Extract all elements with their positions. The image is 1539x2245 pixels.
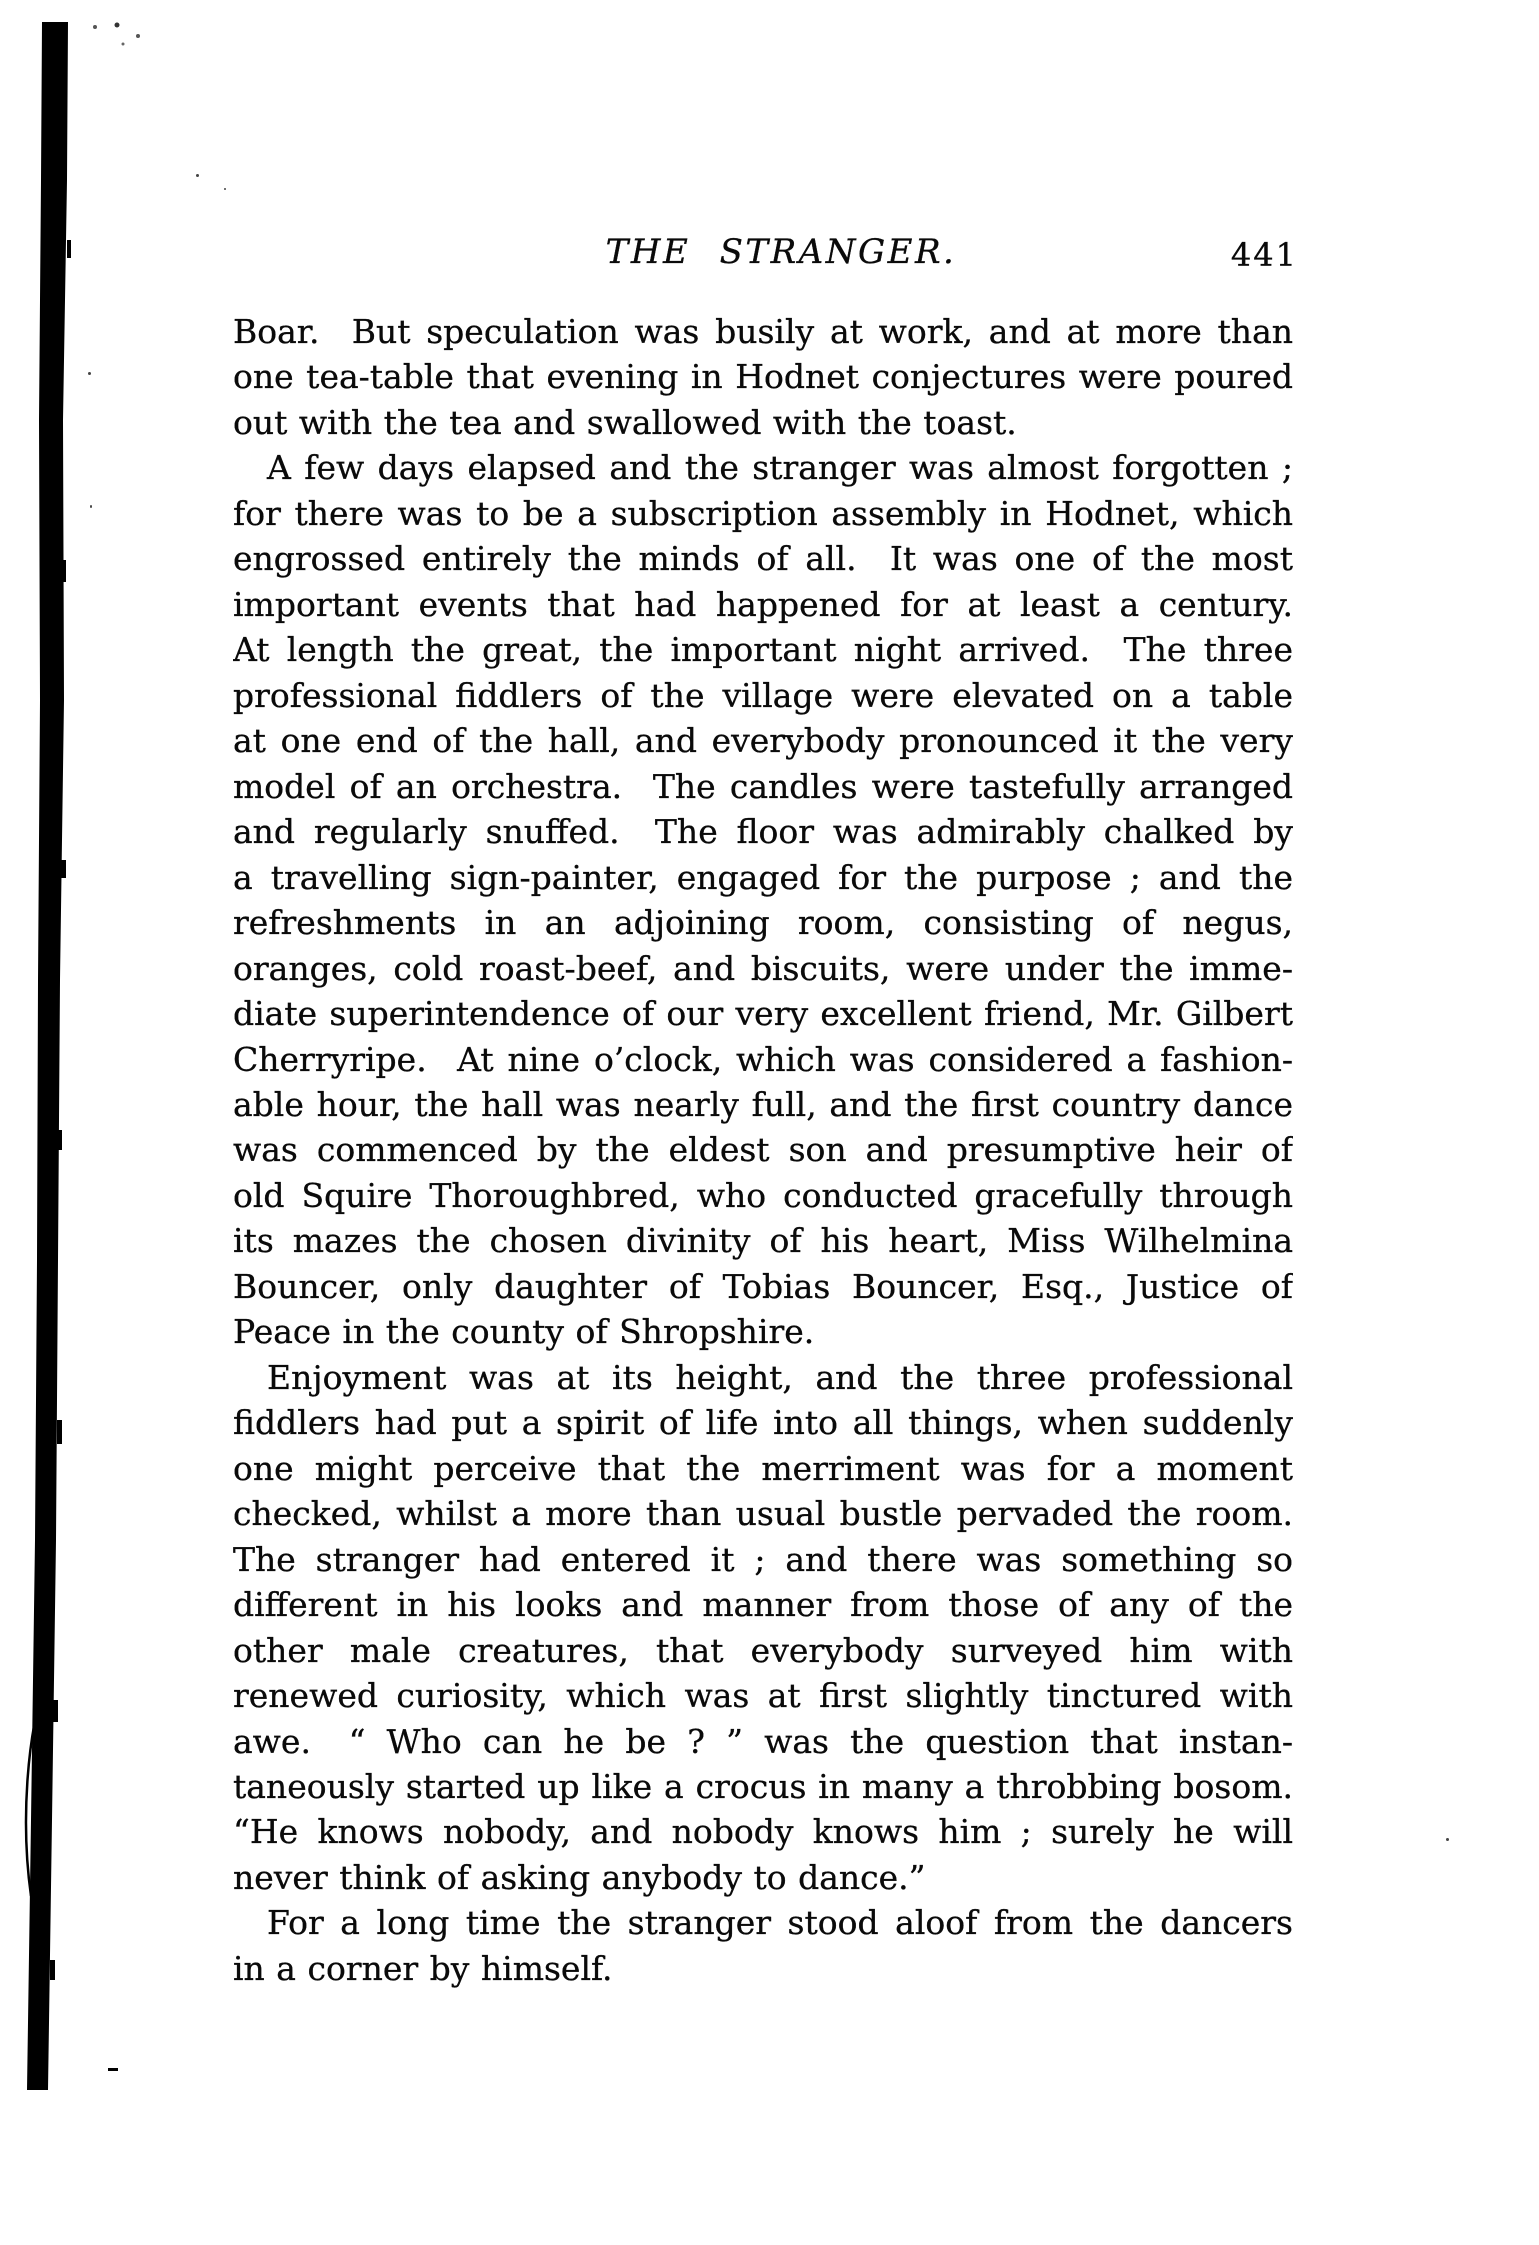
text-line: old Squire Thoroughbred, who conducted g… [233,1173,1293,1218]
text-line: for there was to be a subscription assem… [233,491,1293,536]
text-line: engrossed entirely the minds of all. It … [233,536,1293,581]
text-line: diate superintendence of our very excell… [233,991,1293,1036]
text-line: model of an orchestra. The candles were … [233,764,1293,809]
scan-speck [88,372,91,375]
text-line: its mazes the chosen divinity of his hea… [233,1218,1293,1263]
text-line: was commenced by the eldest son and pres… [233,1127,1293,1172]
text-line: checked, whilst a more than usual bustle… [233,1491,1293,1536]
text-line: renewed curiosity, which was at first sl… [233,1673,1293,1718]
text-line: awe. “ Who can he be ? ” was the questio… [233,1719,1293,1764]
text-line: Bouncer, only daughter of Tobias Bouncer… [233,1264,1293,1309]
text-line: Enjoyment was at its height, and the thr… [233,1355,1293,1400]
text-line: refreshments in an adjoining room, consi… [233,900,1293,945]
text-line: taneously started up like a crocus in ma… [233,1764,1293,1809]
text-line: important events that had happened for a… [233,582,1293,627]
text-line: able hour, the hall was nearly full, and… [233,1082,1293,1127]
body-text-block: Boar. But speculation was busily at work… [233,309,1293,1991]
scan-artifact-curl-line [26,1676,47,1896]
text-line: At length the great, the important night… [233,627,1293,672]
text-line: different in his looks and manner from t… [233,1582,1293,1627]
text-line: never think of asking anybody to dance.” [233,1855,1293,1900]
text-line: For a long time the stranger stood aloof… [233,1900,1293,1945]
text-line: one might perceive that the merriment wa… [233,1446,1293,1491]
text-line: fiddlers had put a spirit of life into a… [233,1400,1293,1445]
text-line: oranges, cold roast-beef, and biscuits, … [233,946,1293,991]
scan-speck [1446,1838,1449,1841]
text-line: out with the tea and swallowed with the … [233,400,1293,445]
scan-speck [196,174,199,177]
running-head-title: THE STRANGER. [251,232,1311,272]
text-line: The stranger had entered it ; and there … [233,1537,1293,1582]
text-line: other male creatures, that everybody sur… [233,1628,1293,1673]
scan-speck [224,188,226,190]
scan-speck [90,505,92,508]
text-line: Cherryripe. At nine o’clock, which was c… [233,1037,1293,1082]
text-line: Boar. But speculation was busily at work… [233,309,1293,354]
text-line: at one end of the hall, and everybody pr… [233,718,1293,763]
text-line: a travelling sign-painter, engaged for t… [233,855,1293,900]
text-line: one tea-table that evening in Hodnet con… [233,354,1293,399]
page-number: 441 [1231,236,1298,274]
text-line: Peace in the county of Shropshire. [233,1309,1293,1354]
book-page-scan: THE STRANGER. 441 Boar. But speculation … [0,0,1539,2245]
text-line: A few days elapsed and the stranger was … [233,445,1293,490]
text-line: “He knows nobody, and nobody knows him ;… [233,1809,1293,1854]
text-line: in a corner by himself. [233,1946,1293,1991]
text-line: professional fiddlers of the village wer… [233,673,1293,718]
scan-artifact-bar [0,0,170,2245]
text-line: and regularly snuffed. The floor was adm… [233,809,1293,854]
